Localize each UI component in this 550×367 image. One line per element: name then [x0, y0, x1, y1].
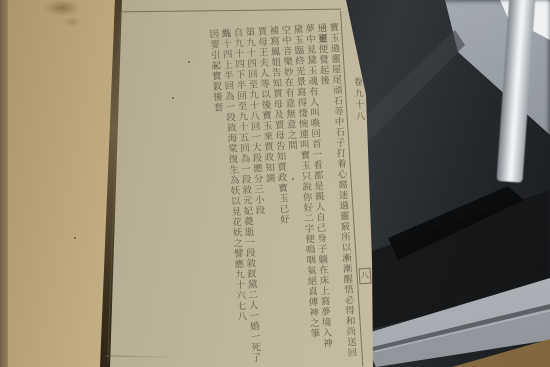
paper-speck [188, 61, 190, 63]
paper-speck [74, 237, 76, 239]
photo-open-book-on-glass-table: 寶玉過靈屋尾頑石䓁中石子打着心窩迷過靈竅所以漸漸醒悟必得和尚送回通靈一更便覺起後… [0, 0, 550, 367]
paper-speck [292, 178, 294, 180]
vertical-text-block: 寶玉過靈屋尾頑石䓁中石子打着心窩迷過靈竅所以漸漸醒悟必得和尚送回通靈一更便覺起後… [206, 22, 357, 367]
page-number-box: 八 [359, 268, 372, 285]
paper-speck [215, 65, 217, 67]
page-number: 八 [361, 271, 370, 280]
paper-speck [172, 97, 174, 99]
